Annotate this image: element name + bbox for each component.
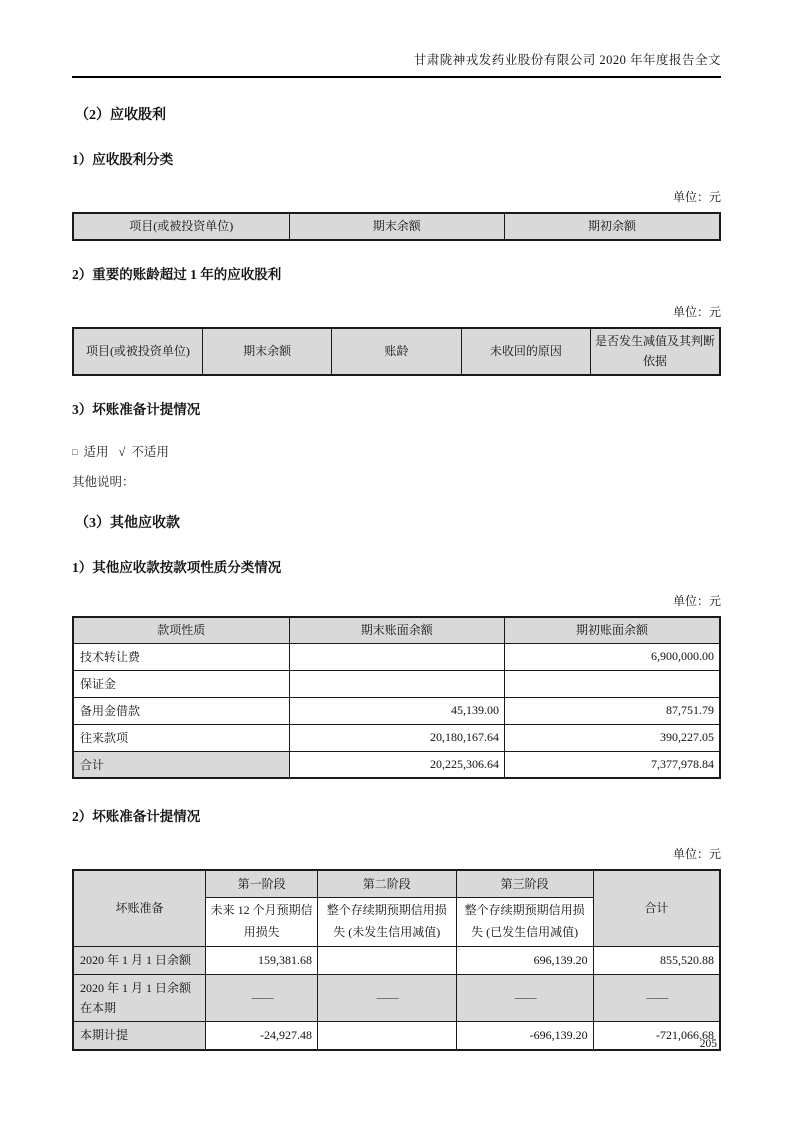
- header-cell-12m-ecl: 未来 12 个月预期信用损失: [206, 897, 318, 946]
- table-row: 2020 年 1 月 1 日余额在本期 —— —— —— ——: [73, 974, 720, 1022]
- header-cell-opening-book-balance: 期初账面余额: [505, 617, 720, 643]
- cell-stage1: -24,927.48: [206, 1022, 318, 1050]
- cell-stage1: 159,381.68: [206, 946, 318, 974]
- header-cell-unrecovered-reason: 未收回的原因: [461, 328, 590, 375]
- applicable-label: 适用: [83, 445, 108, 459]
- table-header-row: 款项性质 期末账面余额 期初账面余额: [73, 617, 720, 643]
- row-label: 本期计提: [73, 1022, 206, 1050]
- cell-closing: 20,180,167.64: [289, 724, 504, 751]
- header-cell-opening-balance: 期初余额: [505, 213, 720, 240]
- cell-stage1: ——: [206, 974, 318, 1022]
- header-cell-closing-balance: 期末余额: [289, 213, 504, 240]
- page-content: 甘肃陇神戎发药业股份有限公司 2020 年年度报告全文 （2）应收股利 1）应收…: [72, 0, 721, 1051]
- dividends-classification-table: 项目(或被投资单位) 期末余额 期初余额: [72, 212, 721, 241]
- table-row: 技术转让费 6,900,000.00: [73, 643, 720, 670]
- subsection-title-overdue-dividends: 2）重要的账龄超过 1 年的应收股利: [72, 263, 721, 283]
- cell-closing: 20,225,306.64: [289, 751, 504, 778]
- section-title-dividends-receivable: （2）应收股利: [72, 104, 721, 124]
- report-header: 甘肃陇神戎发药业股份有限公司 2020 年年度报告全文: [72, 0, 721, 78]
- header-cell-stage1: 第一阶段: [206, 870, 318, 897]
- cell-stage3: -696,139.20: [456, 1022, 593, 1050]
- table-row: 保证金: [73, 670, 720, 697]
- cell-total: 855,520.88: [593, 946, 720, 974]
- unit-label: 单位：元: [72, 845, 721, 862]
- subsection-title-baddebt-provision-2: 2）坏账准备计提情况: [72, 805, 721, 825]
- header-cell-closing-book-balance: 期末账面余额: [289, 617, 504, 643]
- header-cell-closing-balance: 期末余额: [202, 328, 331, 375]
- cell-opening: 87,751.79: [505, 697, 720, 724]
- table-row: 往来款项 20,180,167.64 390,227.05: [73, 724, 720, 751]
- header-cell-project: 项目(或被投资单位): [73, 328, 202, 375]
- row-label-total: 合计: [73, 751, 289, 778]
- page-number: 205: [700, 1038, 717, 1050]
- table-row: 本期计提 -24,927.48 -696,139.20 -721,066.68: [73, 1022, 720, 1050]
- header-cell-impairment-judgement: 是否发生减值及其判断依据: [591, 328, 720, 375]
- cell-opening: [505, 670, 720, 697]
- table-row-total: 合计 20,225,306.64 7,377,978.84: [73, 751, 720, 778]
- subsection-title-baddebt-provision: 3）坏账准备计提情况: [72, 398, 721, 418]
- header-cell-project: 项目(或被投资单位): [73, 213, 289, 240]
- cell-stage3: 696,139.20: [456, 946, 593, 974]
- unit-label: 单位：元: [72, 188, 721, 205]
- cell-stage2: [318, 946, 456, 974]
- other-receivables-nature-table: 款项性质 期末账面余额 期初账面余额 技术转让费 6,900,000.00 保证…: [72, 616, 721, 779]
- subsection-title-other-receivables-classification: 1）其他应收款按款项性质分类情况: [72, 556, 721, 576]
- header-cell-nature: 款项性质: [73, 617, 289, 643]
- row-label: 往来款项: [73, 724, 289, 751]
- header-cell-stage3: 第三阶段: [456, 870, 593, 897]
- table-header-row: 项目(或被投资单位) 期末余额 期初余额: [73, 213, 720, 240]
- cell-stage2: [318, 1022, 456, 1050]
- cell-stage2: ——: [318, 974, 456, 1022]
- applicability-line: □适用√不适用: [72, 442, 721, 460]
- table-row: 备用金借款 45,139.00 87,751.79: [73, 697, 720, 724]
- header-cell-lifetime-ecl-no-impairment: 整个存续期预期信用损失 (未发生信用减值): [318, 897, 456, 946]
- cell-opening: 390,227.05: [505, 724, 720, 751]
- header-cell-aging: 账龄: [332, 328, 461, 375]
- checkbox-unchecked-icon: □: [72, 447, 77, 457]
- not-applicable-label: 不适用: [131, 445, 169, 459]
- header-cell-lifetime-ecl-impaired: 整个存续期预期信用损失 (已发生信用减值): [456, 897, 593, 946]
- row-label: 技术转让费: [73, 643, 289, 670]
- overdue-dividends-table: 项目(或被投资单位) 期末余额 账龄 未收回的原因 是否发生减值及其判断依据: [72, 327, 721, 376]
- cell-stage3: ——: [456, 974, 593, 1022]
- header-cell-baddebt-provision: 坏账准备: [73, 870, 206, 946]
- cell-closing: [289, 670, 504, 697]
- row-label: 2020 年 1 月 1 日余额在本期: [73, 974, 206, 1022]
- row-label: 备用金借款: [73, 697, 289, 724]
- cell-opening: 7,377,978.84: [505, 751, 720, 778]
- row-label: 保证金: [73, 670, 289, 697]
- table-row: 2020 年 1 月 1 日余额 159,381.68 696,139.20 8…: [73, 946, 720, 974]
- cell-closing: 45,139.00: [289, 697, 504, 724]
- cell-closing: [289, 643, 504, 670]
- other-note-label: 其他说明：: [72, 472, 721, 490]
- cell-opening: 6,900,000.00: [505, 643, 720, 670]
- table-header-row-stages: 坏账准备 第一阶段 第二阶段 第三阶段 合计: [73, 870, 720, 897]
- unit-label: 单位：元: [72, 303, 721, 320]
- table-header-row: 项目(或被投资单位) 期末余额 账龄 未收回的原因 是否发生减值及其判断依据: [73, 328, 720, 375]
- section-title-other-receivables: （3）其他应收款: [72, 512, 721, 532]
- bad-debt-provision-table: 坏账准备 第一阶段 第二阶段 第三阶段 合计 未来 12 个月预期信用损失 整个…: [72, 869, 721, 1051]
- cell-total: ——: [593, 974, 720, 1022]
- unit-label: 单位：元: [72, 592, 721, 609]
- header-cell-stage2: 第二阶段: [318, 870, 456, 897]
- report-page: 甘肃陇神戎发药业股份有限公司 2020 年年度报告全文 （2）应收股利 1）应收…: [0, 0, 793, 1122]
- row-label: 2020 年 1 月 1 日余额: [73, 946, 206, 974]
- header-cell-total: 合计: [593, 870, 720, 946]
- subsection-title-dividends-classification: 1）应收股利分类: [72, 148, 721, 168]
- check-icon: √: [118, 445, 125, 459]
